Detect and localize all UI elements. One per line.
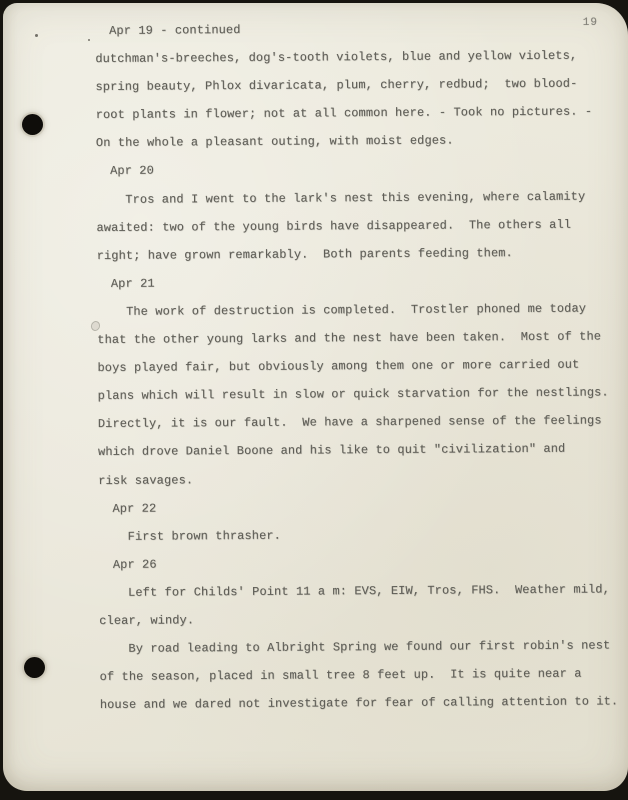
date-heading: Apr 21	[97, 266, 628, 298]
text-line: Tros and I went to the lark's nest this …	[96, 182, 628, 214]
text-line: The work of destruction is completed. Tr…	[97, 294, 628, 326]
text-line: Left for Childs' Point 11 a m: EVS, EIW,…	[99, 575, 628, 607]
text-line: which drove Daniel Boone and his like to…	[98, 435, 628, 467]
date-heading: Apr 26	[99, 547, 628, 579]
scanned-page-backdrop: 19 Apr 19 - continueddutchman's-breeches…	[0, 0, 628, 800]
date-heading: Apr 19 - continued	[95, 13, 628, 45]
ink-speck	[88, 39, 90, 41]
text-line: right; have grown remarkably. Both paren…	[97, 238, 628, 270]
text-line: clear, windy.	[99, 603, 628, 635]
punch-hole-top	[22, 114, 43, 135]
text-line: risk savages.	[98, 463, 628, 495]
text-line: house and we dared not investigate for f…	[100, 687, 628, 719]
punch-hole-bottom	[24, 657, 45, 678]
text-line: boys played fair, but obviously among th…	[97, 350, 628, 382]
text-line: On the whole a pleasant outing, with moi…	[96, 126, 628, 158]
journal-page: 19 Apr 19 - continueddutchman's-breeches…	[3, 3, 628, 791]
date-heading: Apr 20	[96, 154, 628, 186]
text-line: Directly, it is our fault. We have a sha…	[98, 407, 628, 439]
text-line: that the other young larks and the nest …	[97, 322, 628, 354]
text-line: By road leading to Albright Spring we fo…	[99, 631, 628, 663]
text-line: plans which will result in slow or quick…	[98, 378, 628, 410]
text-line: of the season, placed in small tree 8 fe…	[100, 659, 628, 691]
date-heading: Apr 22	[98, 491, 628, 523]
text-line: dutchman's-breeches, dog's-tooth violets…	[95, 41, 628, 73]
text-line: awaited: two of the young birds have dis…	[96, 210, 628, 242]
text-line: root plants in flower; not at all common…	[96, 98, 628, 130]
ink-speck	[35, 34, 38, 37]
typed-text-block: Apr 19 - continueddutchman's-breeches, d…	[95, 13, 628, 719]
text-line: spring beauty, Phlox divaricata, plum, c…	[95, 69, 628, 101]
text-line: First brown thrasher.	[99, 519, 628, 551]
